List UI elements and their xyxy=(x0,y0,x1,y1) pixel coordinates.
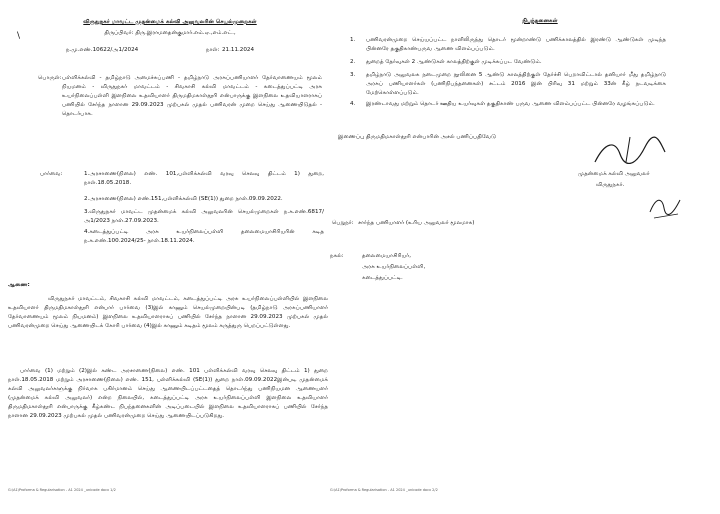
reference-label: பார்வை: xyxy=(40,170,63,179)
copy-line-1: தலைமையாசிரியர், xyxy=(362,252,411,261)
ref-number: ந.மு.எண்.10622/அ1/2024 xyxy=(66,46,138,55)
right-page: நிபந்தனைகள் 1. பணிவரன்முறை செய்யப்பட்ட ந… xyxy=(330,0,720,514)
condition-4-number: 4. xyxy=(350,100,355,109)
signature-icon xyxy=(590,132,670,172)
copy-line-2: அரசு உயர்நிலைப்பள்ளி, xyxy=(362,263,425,272)
date-label: நாள்: xyxy=(206,46,219,55)
closing-line: இணைப்பு திருமதிமகாள்தூரி என்பாரின் அசல் … xyxy=(338,133,496,142)
recipient-label: பெறுநர்: xyxy=(332,219,354,228)
conditions-title: நிபந்தனைகள் xyxy=(390,17,690,26)
reference-4: 4.கடைத்துப்பட்டி அரசு உயர்நிலைப்பள்ளி தல… xyxy=(84,228,324,246)
left-footer: G:\A1\Proforma & Regularisation - A1 202… xyxy=(8,486,116,495)
reference-2: 2.அரசாணை(நிலை) எண்.151,பள்ளிக்கல்வி (SE(… xyxy=(84,195,324,204)
copy-line-3: கடைத்துப்பட்டி. xyxy=(362,274,403,283)
subject-label: பொருள்: xyxy=(38,74,62,83)
subject-text: பள்ளிக்கல்வி - தமிழ்நாடு அமைச்சுப்பணி - … xyxy=(62,74,322,119)
recipient-text: சார்ந்த பணியாளர் (உரிய அலுவலர் மூலமாக) xyxy=(358,219,474,228)
condition-1: பணிவரன்முறை செய்யப்பட்ட நாளிலிருந்து தொட… xyxy=(366,36,666,54)
condition-1-number: 1. xyxy=(350,36,355,45)
initials-icon xyxy=(646,192,686,222)
reference-1: 1.அரசாணை(நிலை) எண். 101,பள்ளிக்கல்வி வரவ… xyxy=(84,170,324,188)
order-paragraph-2: பார்வை (1) மற்றும் (2)இல் கண்ட அரசாணை(நி… xyxy=(8,367,328,421)
signatory-title: முதன்மைக் கல்வி அலுவலர் xyxy=(578,170,650,179)
condition-4: இரண்டாவது மற்றும் தொடர் ஊதிய உயர்வுகள் த… xyxy=(366,100,666,109)
left-page: விருதுநகர் மாவட்ட முதன்மைக் கல்வி அலுவலர… xyxy=(0,0,355,514)
right-footer: G:\A1\Proforma & Regularisation - A1 202… xyxy=(330,486,438,495)
order-heading: ஆணை: xyxy=(8,281,30,290)
condition-2-number: 2. xyxy=(350,58,355,67)
date-value: 21.11.2024 xyxy=(222,46,254,55)
header-title: விருதுநகர் மாவட்ட முதன்மைக் கல்வி அலுவலர… xyxy=(0,18,340,27)
order-paragraph-1: விருதுநகர் மாவட்டம், சிவகாசி கல்வி மாவட்… xyxy=(8,295,328,331)
reference-3: 3.விருதுநகர் மாவட்ட முதன்மைக் கல்வி அலுவ… xyxy=(84,208,324,226)
copy-label: நகல்: xyxy=(330,252,344,261)
signatory-place: விருதுநகர். xyxy=(596,181,624,190)
condition-3-number: 3. xyxy=(350,71,355,80)
margin-mark: \ xyxy=(17,32,20,41)
present-line: திருப்பிவர்: திரு.இராமதைன்குமார்.எம்.ஏ.,… xyxy=(0,29,340,38)
condition-2: துறைத் தேர்வுகள் 2 ஆண்டுகள் காலத்திற்குள… xyxy=(366,58,666,67)
condition-3: தமிழ்நாடு அலுவலக நடைமுறை நூலினை 5 ஆண்டு … xyxy=(366,71,666,98)
